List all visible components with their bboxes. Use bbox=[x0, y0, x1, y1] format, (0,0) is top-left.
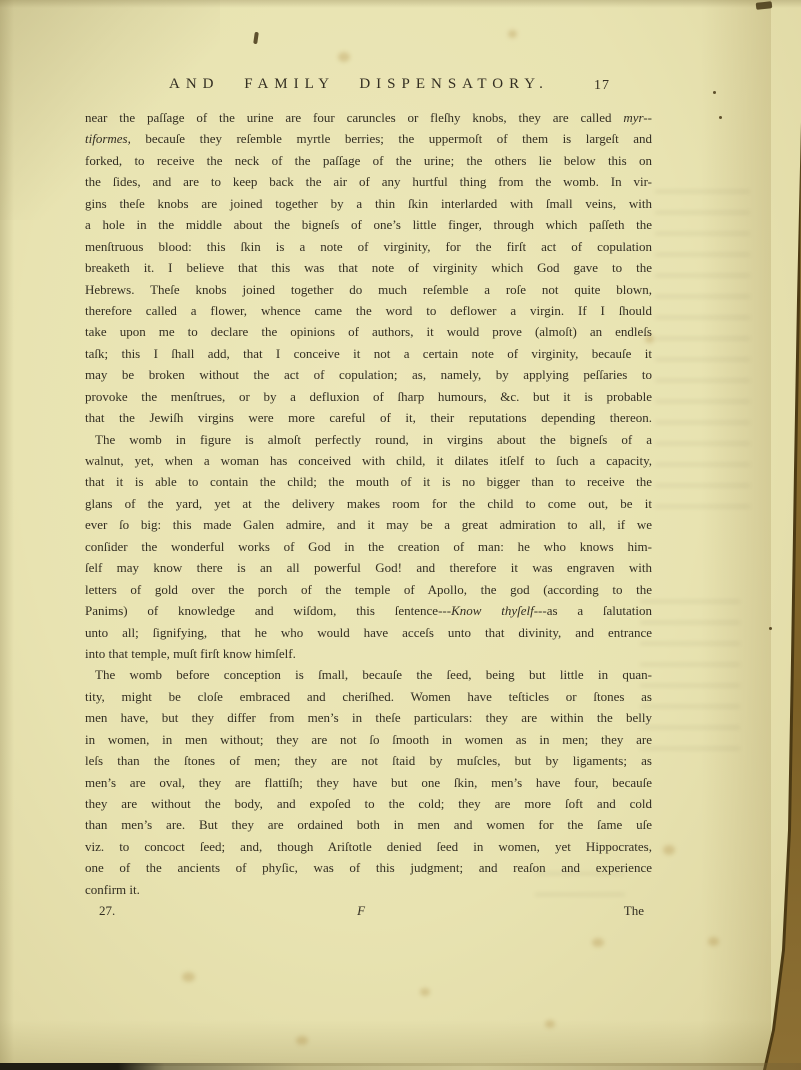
ink-speck bbox=[719, 116, 722, 119]
text-line: taſk; this I ſhall add, that I conceive … bbox=[85, 343, 652, 364]
text-line: glans of the yard, yet at the delivery m… bbox=[85, 493, 652, 514]
text-line: that the Jewiſh virgins were more carefu… bbox=[85, 407, 652, 428]
paper-shading bbox=[0, 1020, 801, 1066]
text-line: ever ſo big: this made Galen admire, and… bbox=[85, 514, 652, 535]
text-line: therefore called a flower, whence came t… bbox=[85, 300, 652, 321]
text-line: The womb in figure is almoſt perfectly r… bbox=[85, 429, 652, 450]
paper-shading bbox=[0, 0, 801, 8]
body-text: near the paſſage of the urine are four c… bbox=[85, 107, 652, 900]
signature-line: 27. F The bbox=[85, 900, 652, 921]
age-spot bbox=[592, 938, 604, 947]
text-line: may be broken without the act of copulat… bbox=[85, 364, 652, 385]
signature-letter: F bbox=[357, 900, 365, 921]
text-line: ſelf may know there is an all powerful G… bbox=[85, 557, 652, 578]
age-spot bbox=[508, 30, 517, 38]
text-line: viz. to concoct ſeed; and, though Ariſto… bbox=[85, 836, 652, 857]
text-line: leſs than the ſtones of men; they are no… bbox=[85, 750, 652, 771]
text-line: unto all; ſignifying, that he who would … bbox=[85, 622, 652, 643]
text-line: forked, to receive the neck of the paſſa… bbox=[85, 150, 652, 171]
page-number: 17 bbox=[594, 78, 610, 94]
text-line: men have, but they differ from men’s in … bbox=[85, 707, 652, 728]
text-line: conſider the wonderful works of God in t… bbox=[85, 536, 652, 557]
verso-show-through bbox=[655, 190, 750, 520]
age-spot bbox=[545, 1020, 555, 1028]
text-line: in women, in men without; they are not ſ… bbox=[85, 729, 652, 750]
text-line: provoke the menſtrues, or by a defluxion… bbox=[85, 386, 652, 407]
text-line: tiformes, becauſe they reſemble myrtle b… bbox=[85, 128, 652, 149]
text-line: the ſides, and are to keep back the air … bbox=[85, 171, 652, 192]
age-spot bbox=[708, 937, 719, 946]
text-line: into that temple, muſt firſt know himſel… bbox=[85, 643, 652, 664]
running-header: AND FAMILY DISPENSATORY. 17 bbox=[85, 76, 652, 98]
text-line: one of the ancients of phyſic, was of th… bbox=[85, 857, 652, 878]
text-line: Hebrews. Theſe knobs joined together do … bbox=[85, 279, 652, 300]
age-spot bbox=[296, 1036, 308, 1045]
text-line: Panims) of knowledge and wiſdom, this ſe… bbox=[85, 600, 652, 621]
age-spot bbox=[663, 845, 675, 855]
text-line: men’s are oval, they are flattiſh; they … bbox=[85, 772, 652, 793]
book-page-photo: AND FAMILY DISPENSATORY. 17 near the paſ… bbox=[0, 0, 801, 1070]
text-line: confirm it. bbox=[85, 879, 652, 900]
book-bottom-edge bbox=[0, 1063, 801, 1070]
age-spot bbox=[338, 52, 350, 62]
verso-show-through bbox=[640, 600, 740, 750]
age-spot bbox=[420, 988, 430, 996]
text-line: near the paſſage of the urine are four c… bbox=[85, 107, 652, 128]
page-title: AND FAMILY DISPENSATORY. bbox=[169, 76, 549, 93]
paper-shading bbox=[701, 0, 771, 1070]
signature-number: 27. bbox=[99, 900, 115, 921]
text-line: gins theſe knobs are joined together by … bbox=[85, 193, 652, 214]
text-line: that it is able to contain the child; th… bbox=[85, 471, 652, 492]
text-line: they are without the body, and expoſed t… bbox=[85, 793, 652, 814]
text-line: tity, might be cloſe embraced and cheriſ… bbox=[85, 686, 652, 707]
ink-speck bbox=[769, 627, 772, 630]
text-line: take upon me to declare the opinions of … bbox=[85, 321, 652, 342]
text-line: walnut, yet, when a woman has conceived … bbox=[85, 450, 652, 471]
text-line: a hole in the middle about the bigneſs o… bbox=[85, 214, 652, 235]
text-area: AND FAMILY DISPENSATORY. 17 near the paſ… bbox=[85, 76, 652, 922]
ink-speck bbox=[253, 32, 259, 44]
text-line: The womb before conception is ſmall, bec… bbox=[85, 664, 652, 685]
text-line: than men’s are. But they are ordained bo… bbox=[85, 814, 652, 835]
ink-speck bbox=[713, 91, 716, 94]
text-line: breaketh it. I believe that this was tha… bbox=[85, 257, 652, 278]
paper-shading bbox=[0, 0, 14, 1070]
text-line: menſtruous blood: this ſkin is a note of… bbox=[85, 236, 652, 257]
text-line: letters of gold over the porch of the te… bbox=[85, 579, 652, 600]
age-spot bbox=[182, 972, 195, 982]
catchword: The bbox=[624, 900, 644, 921]
